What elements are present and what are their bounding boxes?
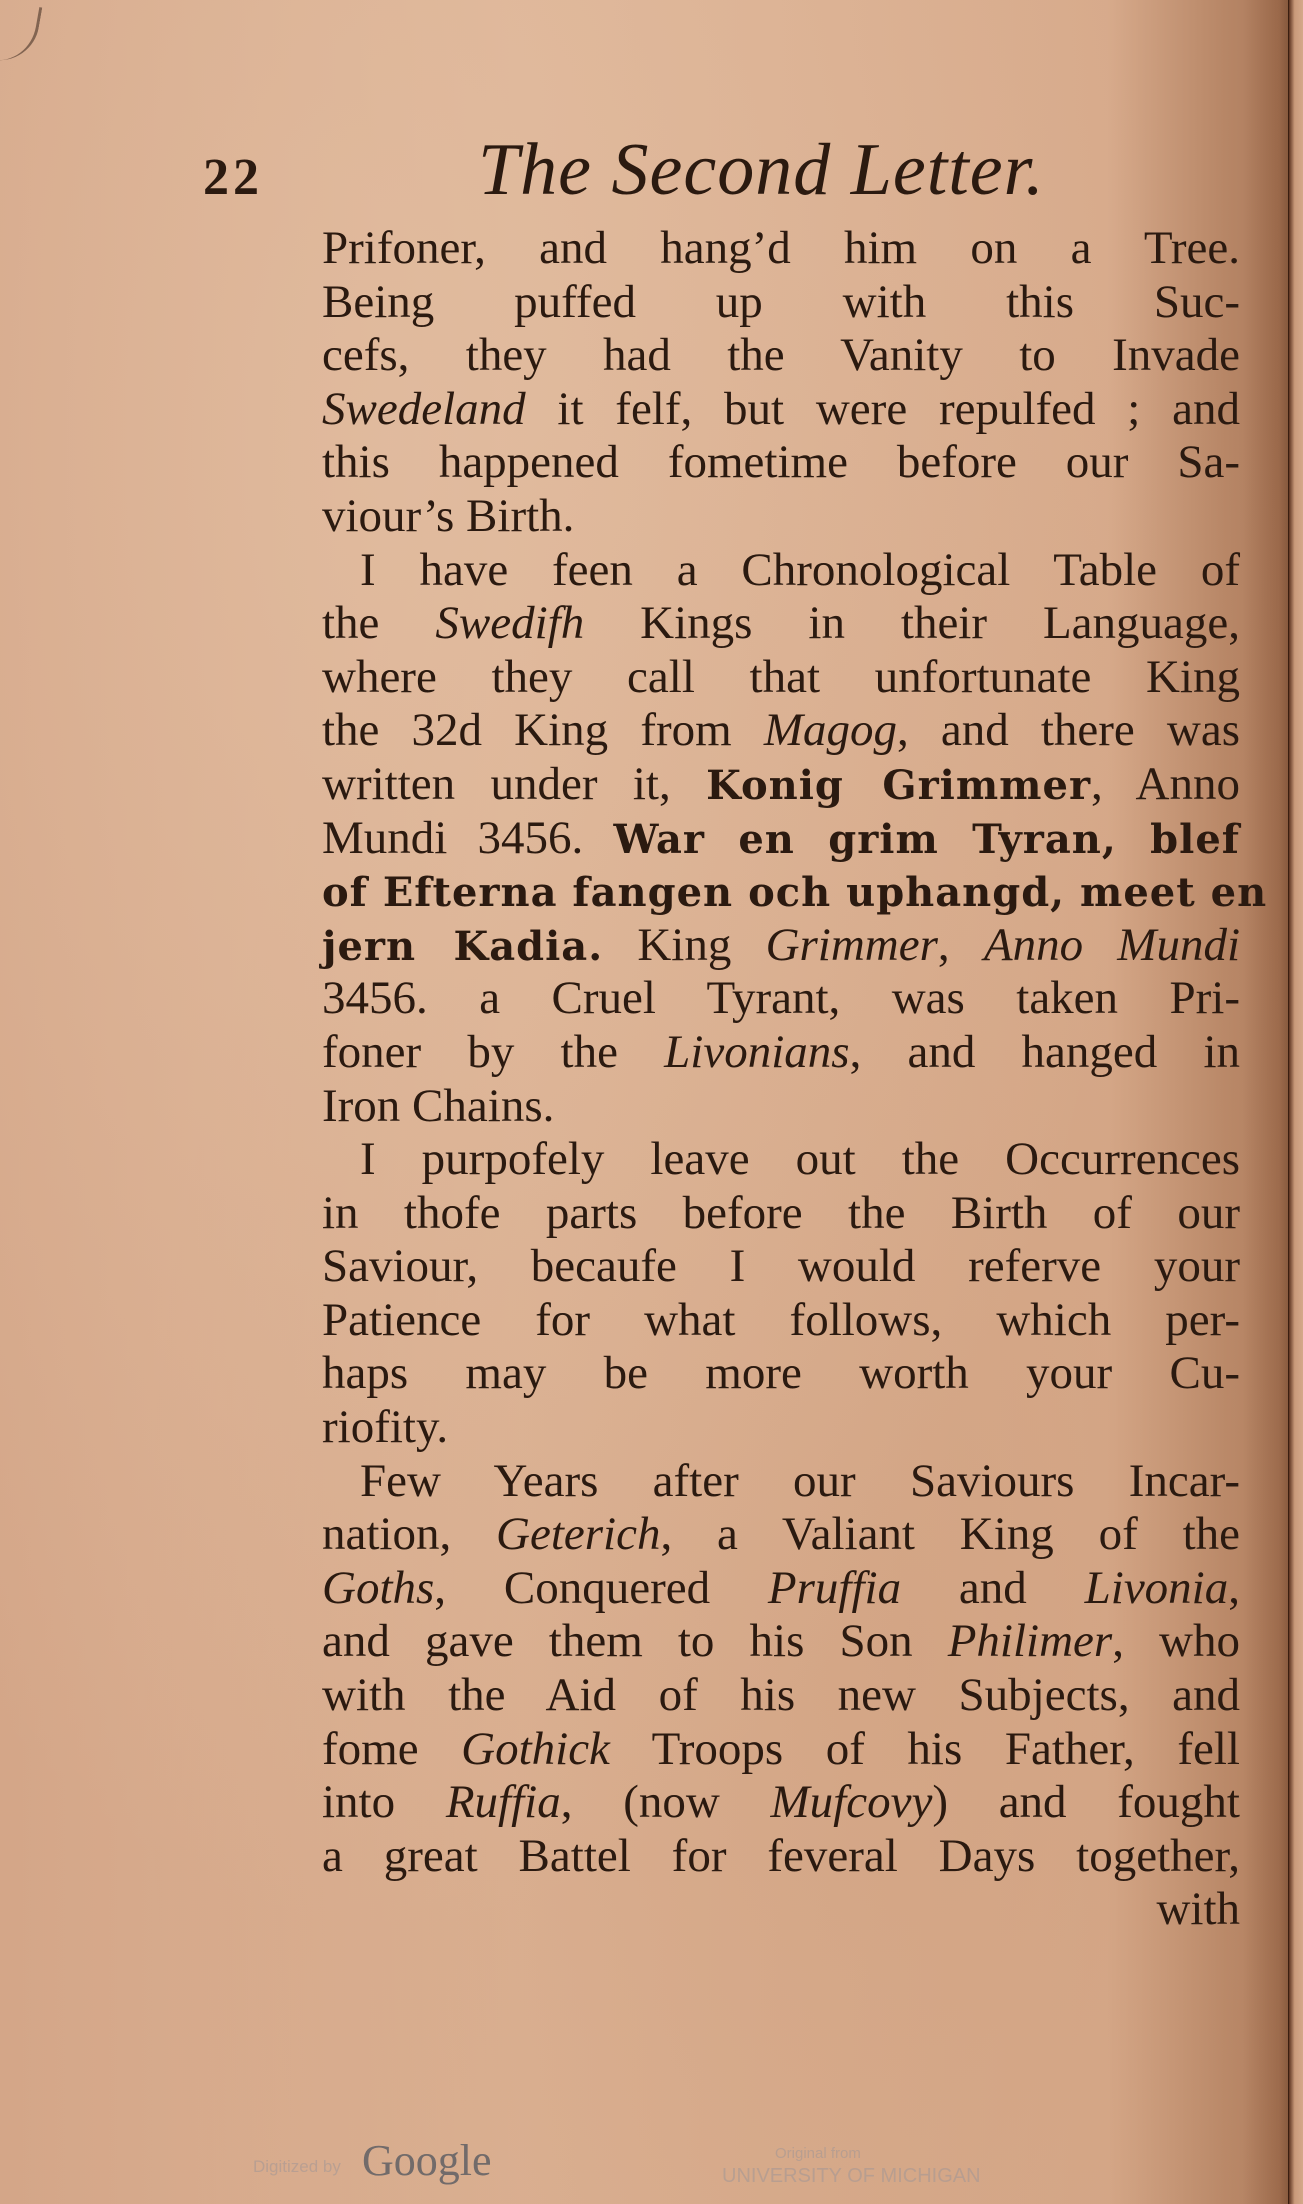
text-line: with the Aid of his new Subjects, and [322,1669,1240,1723]
blackletter-text: War en grim Tyran, blef [614,816,1240,863]
text-line: Swedeland it felf, but were repulfed ; a… [322,383,1240,437]
italic-name: Geterich [496,1508,660,1560]
text-run: , Conquered [434,1562,768,1614]
text-run: , and hanged in [850,1026,1240,1078]
italic-name: Magog [764,704,897,756]
digitization-watermark: Digitized by Google Original from UNIVER… [0,2135,1303,2195]
text-line: 3456. a Cruel Tyrant, was taken Pri- [322,972,1240,1026]
text-line: this happened fometime before our Sa- [322,436,1240,490]
text-line: Few Years after our Saviours Incar- [322,1455,1240,1509]
text-run: the 32d King from [322,704,764,756]
text-run: , and there was [897,704,1240,756]
text-run: and [901,1562,1085,1614]
text-run: nation, [322,1508,496,1560]
text-line: cefs, they had the Vanity to Invade [322,329,1240,383]
text-run: , Anno [1091,758,1240,810]
text-run: the [322,597,435,649]
text-line: in thofe parts before the Birth of our [322,1187,1240,1241]
page-number: 22 [203,148,263,207]
text-run: into [322,1776,446,1828]
text-run: foner by the [322,1026,664,1078]
text-line: foner by the Livonians, and hanged in [322,1026,1240,1080]
digitized-by-label: Digitized by [253,2157,341,2177]
text-line: Goths, Conquered Pruffia and Livonia, [322,1562,1240,1616]
text-run: ) and fought [932,1776,1240,1828]
text-run: , a Valiant King of the [660,1508,1240,1560]
text-line: jern Kadia. King Grimmer, Anno Mundi [322,919,1240,973]
text-run: it felf, but were repulfed ; and [526,383,1240,435]
text-line: the Swedifh Kings in their Language, [322,597,1240,651]
italic-place-name: Mufcovy [771,1776,933,1828]
italic-word: Swedifh [435,597,584,649]
text-run: King [603,919,765,971]
italic-word: Livonians [664,1026,849,1078]
blackletter-text: jern Kadia. [322,923,603,970]
text-line: Prifoner, and hang’d him on a Tree. [322,222,1240,276]
text-run: , [1228,1562,1240,1614]
blackletter-text: Konig Grimmer [706,762,1091,809]
facing-page-edge [1288,0,1303,2204]
italic-name: Grimmer [766,919,938,971]
italic-place-name: Swedeland [322,383,526,435]
body-text: Prifoner, and hang’d him on a Tree. Bein… [322,222,1240,1937]
italic-place-name: Pruffia [768,1562,901,1614]
original-from-label: Original from [775,2145,861,2162]
italic-word: Goths [322,1562,434,1614]
text-line: Iron Chains. [322,1080,1240,1134]
text-line: of Efterna fangen och uphangd, meet en [322,865,1240,919]
text-run: Mundi 3456. [322,812,614,864]
catchword: with [322,1883,1240,1937]
text-line: Being puffed up with this Suc- [322,276,1240,330]
text-run: Kings in their Language, [584,597,1240,649]
text-line: a great Battel for feveral Days together… [322,1830,1240,1884]
italic-name: Philimer [948,1615,1112,1667]
text-line: nation, Geterich, a Valiant King of the [322,1508,1240,1562]
italic-phrase: Anno Mundi [984,919,1240,971]
text-line: viour’s Birth. [322,490,1240,544]
running-title: The Second Letter. [478,128,1045,213]
text-line: haps may be more worth your Cu- [322,1347,1240,1401]
italic-place-name: Livonia [1085,1562,1229,1614]
page-corner-mark [0,0,42,67]
text-line: into Ruffia, (now Mufcovy) and fought [322,1776,1240,1830]
text-line: where they call that unfortunate King [322,651,1240,705]
running-head: 22 The Second Letter. [0,128,1303,218]
text-run: fome [322,1723,461,1775]
text-line: I have feen a Chronological Table of [322,544,1240,598]
text-run: Troops of his Father, fell [610,1723,1240,1775]
institution-label: UNIVERSITY OF MICHIGAN [722,2165,981,2188]
text-run: and gave them to his Son [322,1615,948,1667]
text-line: fome Gothick Troops of his Father, fell [322,1723,1240,1777]
text-run: , [938,919,984,971]
text-line: written under it, Konig Grimmer, Anno [322,758,1240,812]
italic-place-name: Ruffia [446,1776,561,1828]
italic-word: Gothick [461,1723,610,1775]
text-line: I purpofely leave out the Occurrences [322,1133,1240,1187]
text-line: riofity. [322,1401,1240,1455]
text-line: Saviour, becaufe I would referve your [322,1240,1240,1294]
google-logo: Google [362,2135,492,2186]
text-run: written under it, [322,758,706,810]
text-run: , (now [561,1776,771,1828]
text-line: the 32d King from Magog, and there was [322,704,1240,758]
blackletter-text: of Efterna fangen och uphangd, meet en [322,869,1267,916]
text-line: Mundi 3456. War en grim Tyran, blef [322,812,1240,866]
book-page: 22 The Second Letter. Prifoner, and hang… [0,0,1303,2204]
text-run: , who [1112,1615,1240,1667]
text-line: and gave them to his Son Philimer, who [322,1615,1240,1669]
text-line: Patience for what follows, which per- [322,1294,1240,1348]
